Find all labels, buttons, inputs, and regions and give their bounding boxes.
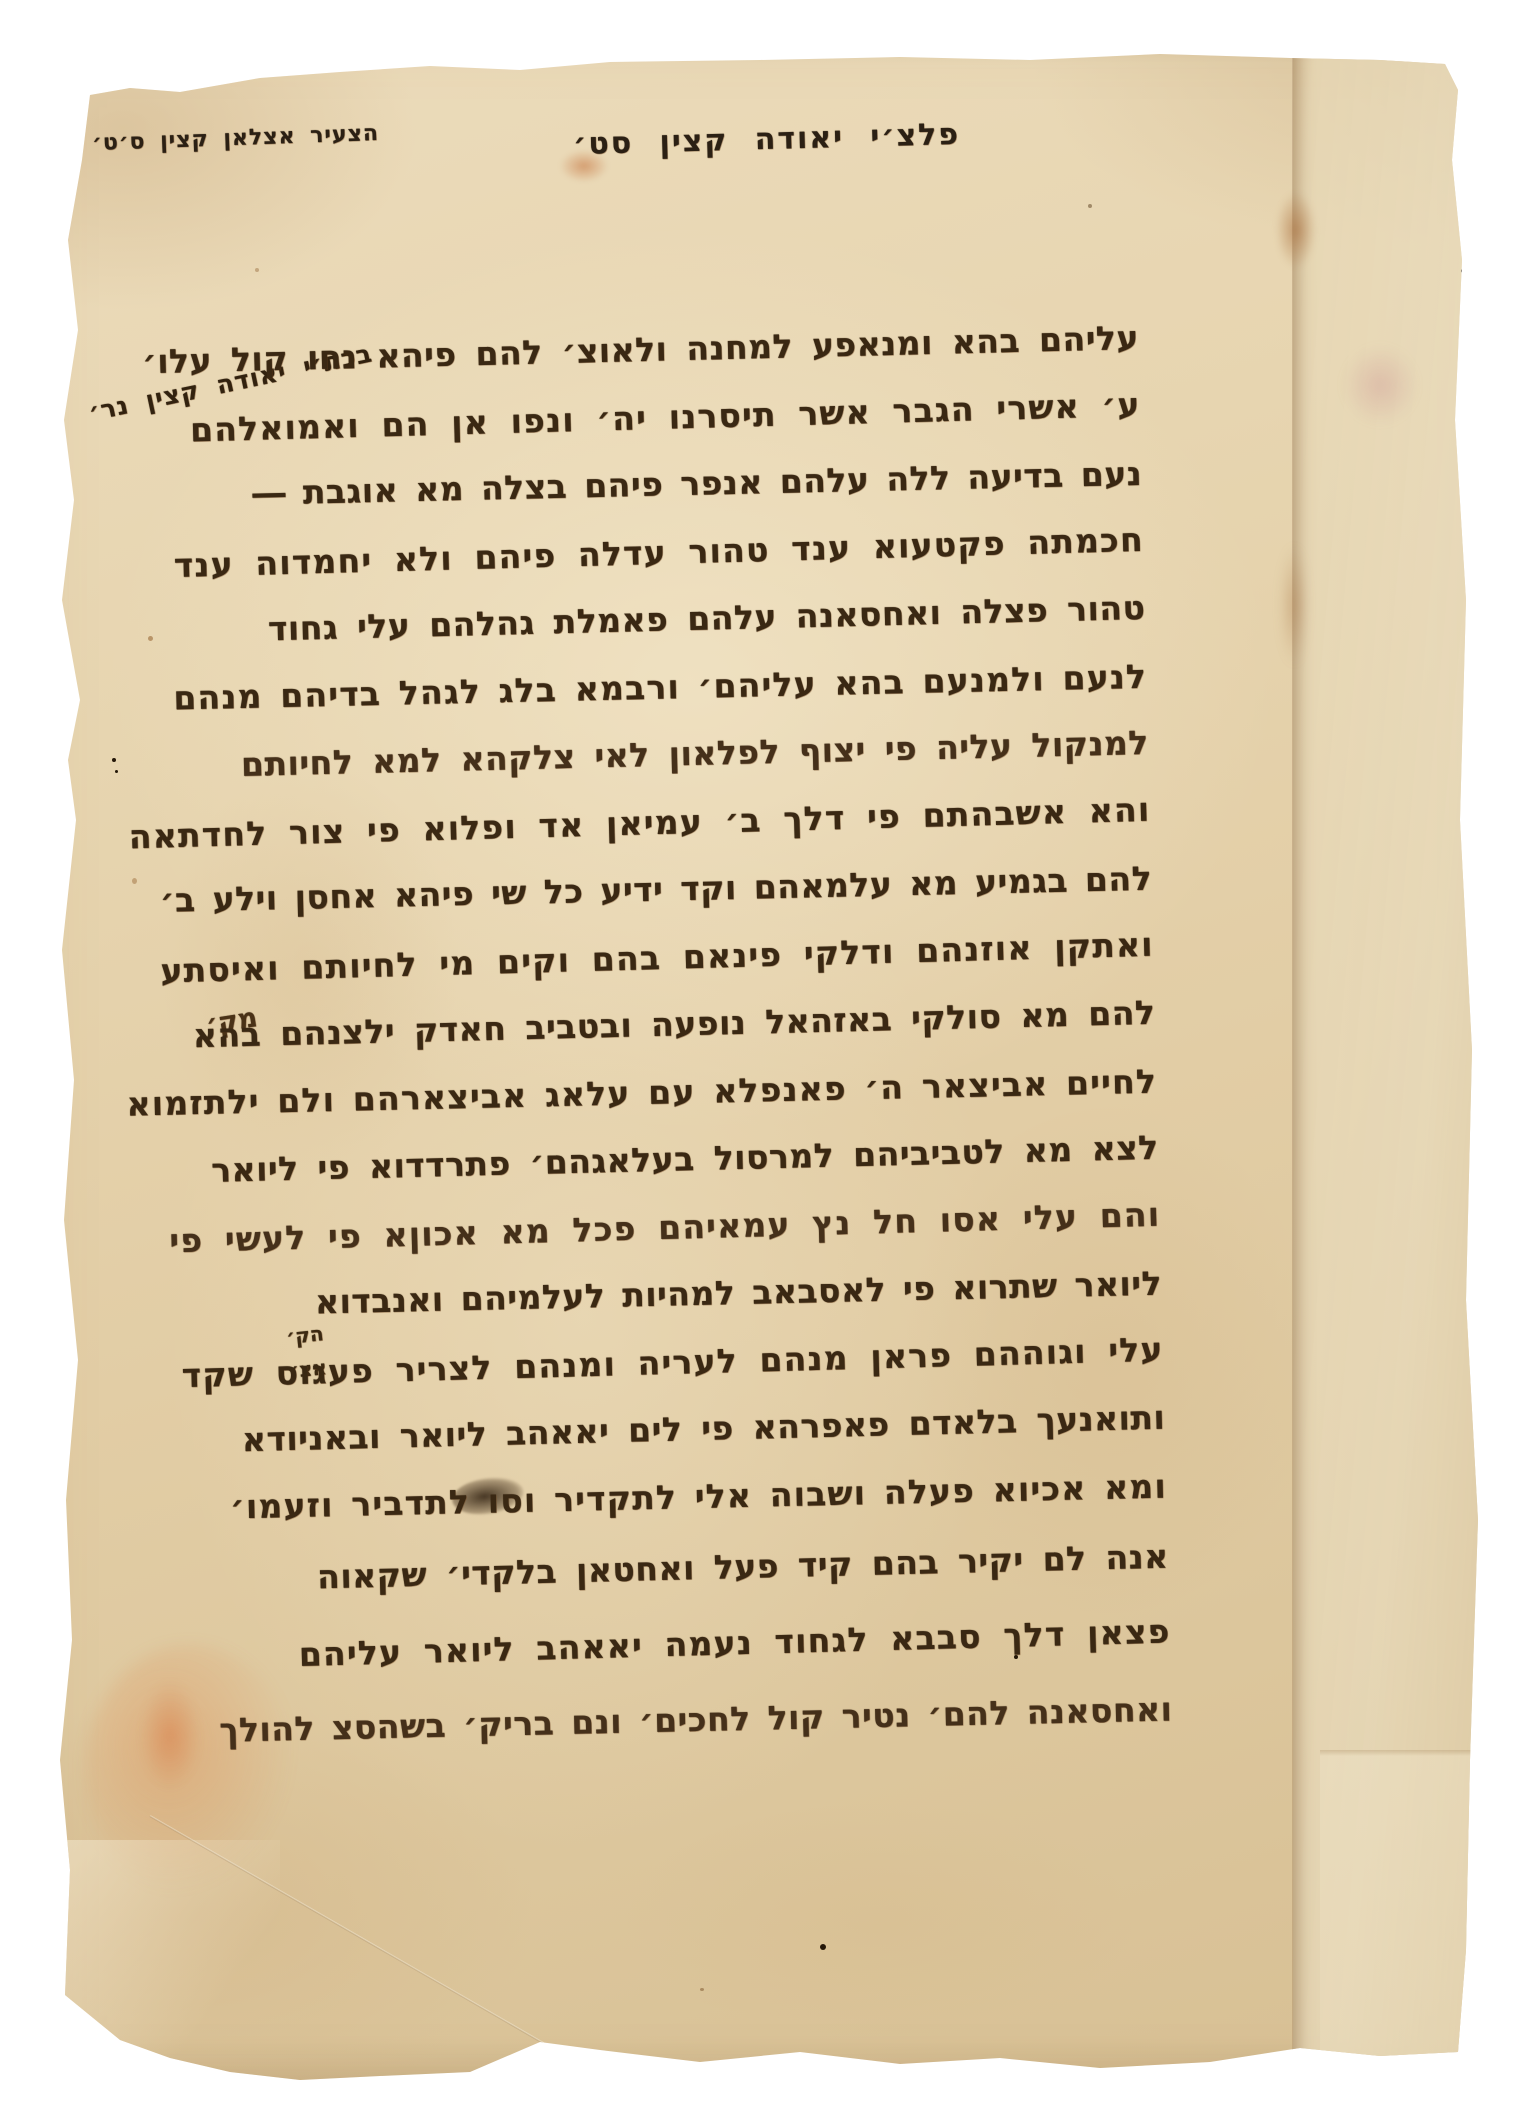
corner-fold [60,1840,280,2080]
age-mottle [620,1800,1140,2040]
ink-dot [1466,289,1470,293]
manuscript-page: פלצ׳י יאודה קצין סט׳ הצעיר אצלאן קצין ס׳… [0,0,1536,2123]
photo-backdrop: פלצ׳י יאודה קצין סט׳ הצעיר אצלאן קצין ס׳… [0,0,1536,2123]
ink-dot [1461,268,1467,274]
repair-strip-overlap [1320,1750,1492,2062]
orange-stain-dark [140,1680,200,1790]
main-text-block: עליהם בהא ומנאפע למחנה ולאוצ׳ להם פיהא נ… [278,304,1173,1768]
ink-dot [820,1944,826,1950]
owner-inscription-left: הצעיר אצלאן קצין ס׳ט׳ [92,121,380,156]
owner-inscription-right: פלצ׳י יאודה קצין סט׳ [573,117,961,162]
paper-speck [1088,204,1092,208]
ink-dot [112,758,116,762]
paper-speck [148,636,153,641]
ink-dot [115,770,118,773]
paper-speck [132,878,137,884]
paper-speck [700,1988,704,1991]
paper-speck [255,268,259,272]
